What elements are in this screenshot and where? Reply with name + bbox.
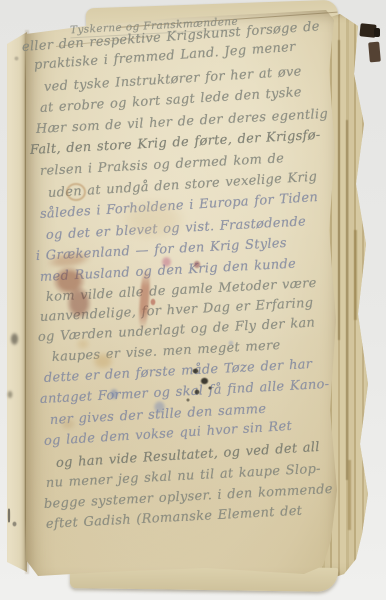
- maroon-dot: [193, 260, 201, 269]
- tan-blob: [92, 352, 114, 370]
- ink-dot-3: [194, 389, 200, 395]
- blue-smudge-2: [153, 400, 166, 414]
- photo-of-manuscript: { "photo": { "background_color": "#e9e9e…: [0, 0, 386, 600]
- pink-dot: [161, 256, 172, 268]
- strip-spec: [14, 56, 19, 61]
- blue-spec: [228, 340, 234, 346]
- tan-blob-2: [76, 338, 90, 350]
- strip-mark-1: [10, 332, 19, 346]
- strip-dash: [8, 509, 11, 523]
- ink-dot-5: [186, 398, 190, 402]
- strip-mark-2: [7, 390, 13, 399]
- warm-haze: [118, 198, 188, 242]
- ink-dot-2: [200, 377, 209, 385]
- strip-glyph: [12, 521, 17, 527]
- ink-dot-4: [208, 386, 212, 390]
- ink-dot-1: [192, 368, 199, 374]
- warm-haze-2: [60, 418, 76, 430]
- brown-blot-2: [66, 286, 92, 320]
- blue-smudge-1: [109, 388, 119, 400]
- red-streak: [138, 268, 151, 330]
- stains-layer: [0, 0, 386, 600]
- red-specs: [150, 298, 156, 306]
- brown-wisp: [45, 249, 93, 271]
- ring-stain: [66, 183, 86, 201]
